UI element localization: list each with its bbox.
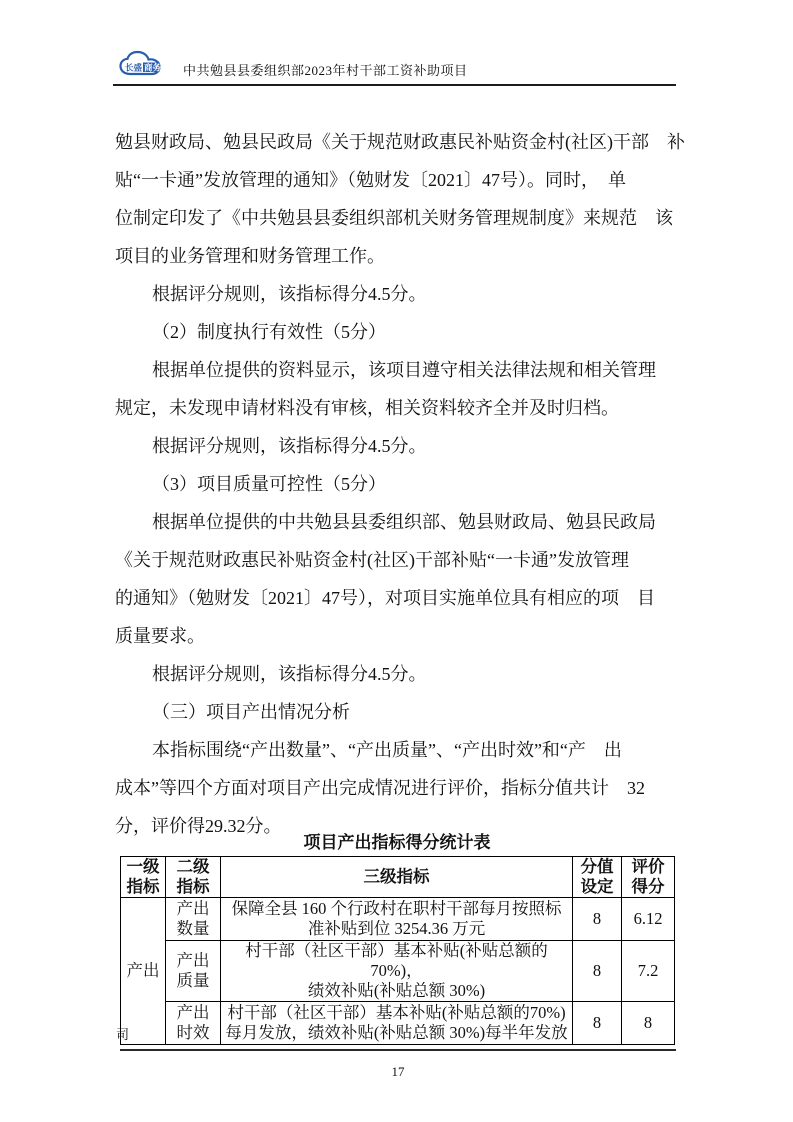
company-logo: 长盛 商务 [117, 50, 173, 81]
table-title: 项目产出指标得分统计表 [120, 833, 674, 853]
score-got-cell: 6.12 [622, 898, 675, 941]
level3-cell: 村干部（社区干部）基本补贴(补贴总额的70%) 每月发放，绩效补贴(补贴总额 3… [221, 1002, 573, 1045]
body-line: 根据评分规则，该指标得分4.5分。 [115, 275, 681, 313]
level2-cell: 产出 质量 [166, 941, 221, 1002]
level1-cell: 产出 [121, 898, 166, 1045]
table-row: 产出 产出 数量 保障全县 160 个行政村在职村干部每月按照标 准补贴到位 3… [121, 898, 675, 941]
col-header-score-got: 评价 得分 [622, 857, 675, 898]
score-got-cell: 7.2 [622, 941, 675, 1002]
table-header-row: 一级 指标 二级 指标 三级指标 分值 设定 评价 得分 [121, 857, 675, 898]
body-line: 根据单位提供的资料显示，该项目遵守相关法律法规和相关管理 [115, 351, 681, 389]
svg-text:商务: 商务 [144, 63, 162, 73]
score-set-cell: 8 [573, 1002, 622, 1045]
header-title: 中共勉县县委组织部2023年村干部工资补助项目 [183, 63, 468, 79]
level2-cell: 产出 数量 [166, 898, 221, 941]
body-line: 《关于规范财政惠民补贴资金村(社区)干部补贴“一卡通”发放管理 [115, 541, 681, 579]
body-line: （三）项目产出情况分析 [115, 693, 681, 731]
output-score-table: 一级 指标 二级 指标 三级指标 分值 设定 评价 得分 产出 产出 数量 保障… [120, 856, 675, 1045]
document-page: 长盛 商务 中共勉县县委组织部2023年村干部工资补助项目 勉县财政局、勉县民政… [0, 0, 793, 1122]
body-line: 项目的业务管理和财务管理工作。 [115, 237, 681, 275]
level3-cell: 保障全县 160 个行政村在职村干部每月按照标 准补贴到位 3254.36 万元 [221, 898, 573, 941]
body-line: 的通知》（勉财发〔2021〕47号），对项目实施单位具有相应的项 目 [115, 579, 681, 617]
body-line: 根据评分规则，该指标得分4.5分。 [115, 655, 681, 693]
body-text: 勉县财政局、勉县民政局《关于规范财政惠民补贴资金村(社区)干部 补 贴“一卡通”… [115, 123, 681, 845]
body-line: （3）项目质量可控性（5分） [115, 465, 681, 503]
score-set-cell: 8 [573, 941, 622, 1002]
body-line: 成本”等四个方面对项目产出完成情况进行评价，指标分值共计 32 [115, 769, 681, 807]
col-header-level1: 一级 指标 [121, 857, 166, 898]
table-row: 产出 质量 村干部（社区干部）基本补贴(补贴总额的70%)， 绩效补贴(补贴总额… [121, 941, 675, 1002]
page-number: 17 [120, 1064, 676, 1080]
svg-text:长盛: 长盛 [125, 63, 143, 73]
body-line: 本指标围绕“产出数量”、“产出质量”、“产出时效”和“产 出 [115, 731, 681, 769]
level3-cell: 村干部（社区干部）基本补贴(补贴总额的70%)， 绩效补贴(补贴总额 30%) [221, 941, 573, 1002]
cloud-logo-icon: 长盛 商务 [117, 50, 173, 81]
col-header-level2: 二级 指标 [166, 857, 221, 898]
score-set-cell: 8 [573, 898, 622, 941]
table-row: 产出 时效 村干部（社区干部）基本补贴(补贴总额的70%) 每月发放，绩效补贴(… [121, 1002, 675, 1045]
body-line: 质量要求。 [115, 617, 681, 655]
body-line: 规定，未发现申请材料没有审核，相关资料较齐全并及时归档。 [115, 389, 681, 427]
score-got-cell: 8 [622, 1002, 675, 1045]
body-line: 根据评分规则，该指标得分4.5分。 [115, 427, 681, 465]
col-header-level3: 三级指标 [221, 857, 573, 898]
body-line: （2）制度执行有效性（5分） [115, 313, 681, 351]
body-line: 勉县财政局、勉县民政局《关于规范财政惠民补贴资金村(社区)干部 补 [115, 123, 681, 161]
stray-character: 司 [116, 1027, 129, 1042]
footer-divider [120, 1049, 676, 1051]
level2-cell: 产出 时效 [166, 1002, 221, 1045]
header-divider [113, 84, 676, 86]
col-header-score-set: 分值 设定 [573, 857, 622, 898]
body-line: 贴“一卡通”发放管理的通知》（勉财发〔2021〕47号）。同时， 单 [115, 161, 681, 199]
body-line: 根据单位提供的中共勉县县委组织部、勉县财政局、勉县民政局 [115, 503, 681, 541]
body-line: 位制定印发了《中共勉县县委组织部机关财务管理规制度》来规范 该 [115, 199, 681, 237]
